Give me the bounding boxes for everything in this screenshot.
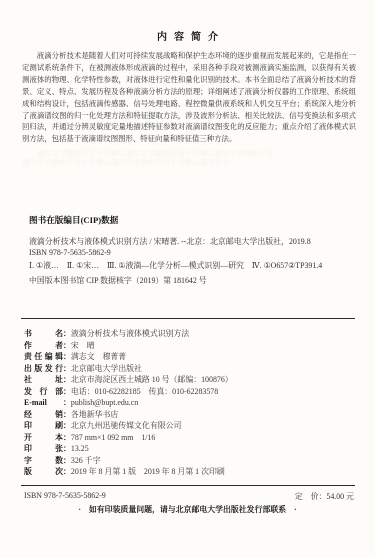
content-summary-title: 内容简介 xyxy=(0,28,375,43)
row-value: 北京市海淀区西土城路 10 号（邮编：100876） xyxy=(71,375,233,384)
colophon-row: 发行部：电话：010-62282185 传真：010-62283578 xyxy=(24,386,354,398)
colophon-row: 社址：北京市海淀区西土城路 10 号（邮编：100876） xyxy=(24,374,354,386)
cip-isbn: ISBN 978-7-5635-5862-9 xyxy=(29,248,355,257)
row-value: 2019 年 8 月第 1 版 2019 年 8 月第 1 次印刷 xyxy=(71,467,225,476)
row-label: 责任编辑 xyxy=(24,351,63,363)
row-colon: ： xyxy=(63,444,71,453)
colophon-row: 印刷：北京九州迅驰传媒文化有限公司 xyxy=(24,420,354,432)
footer-isbn-price: ISBN 978-7-5635-5862-9 定 价：54.00 元 xyxy=(24,491,354,502)
row-colon: ： xyxy=(63,387,71,396)
cip-record-line: 液滴分析技术与液体模式识别方法 / 宋晴著. --北京：北京邮电大学出版社，20… xyxy=(29,236,355,247)
footer-isbn: ISBN 978-7-5635-5862-9 xyxy=(24,491,106,502)
row-value: 电话：010-62282185 传真：010-62283578 xyxy=(71,387,218,396)
row-colon: ： xyxy=(63,341,71,350)
content-summary-paragraph: 液滴分析技术是随着人们对可持续发展战略和保护生态环境的逐步重视而发展起来的，它是… xyxy=(22,50,356,145)
row-label: 社址 xyxy=(24,374,63,386)
row-value: 液滴分析技术与液体模式识别方法 xyxy=(71,329,189,338)
row-label: 经销 xyxy=(24,409,63,421)
colophon-row: 版次：2019 年 8 月第 1 版 2019 年 8 月第 1 次印刷 xyxy=(24,466,354,478)
divider-rule-bottom xyxy=(21,485,355,486)
row-value: 北京邮电大学出版社 xyxy=(71,364,142,373)
row-colon: ： xyxy=(63,364,71,373)
footer-price: 定 价：54.00 元 xyxy=(295,491,354,502)
row-colon: ： xyxy=(63,352,71,361)
row-colon: ： xyxy=(63,398,71,407)
colophon-row: 印张：13.25 xyxy=(24,443,354,455)
row-label: 版次 xyxy=(24,466,63,478)
showthrough-line: 透印文字隐约可见不可辨认透印文字隐约可见不可辨认透印文字 xyxy=(22,157,356,168)
row-label: 作者 xyxy=(24,340,63,352)
row-label: 书名 xyxy=(24,328,63,340)
colophon-row: 责任编辑：满志文 穆菁菁 xyxy=(24,351,354,363)
row-value: 满志文 穆菁菁 xyxy=(71,352,126,361)
cip-classification: Ⅰ. ①液… Ⅱ. ①宋… Ⅲ. ①液滴—化学分析—模式识别—研究 Ⅳ. ①O6… xyxy=(29,260,355,271)
colophon-row: E-mail：publish@bupt.edu.cn xyxy=(24,397,354,409)
row-label: 印刷 xyxy=(24,420,63,432)
row-colon: ： xyxy=(63,433,71,442)
row-value: 787 mm×1 092 mm 1/16 xyxy=(71,433,155,442)
row-value: 13.25 xyxy=(71,444,89,453)
row-colon: ： xyxy=(63,421,71,430)
divider-rule-top xyxy=(21,318,355,319)
row-colon: ： xyxy=(63,467,71,476)
row-colon: ： xyxy=(63,375,71,384)
row-label: E-mail xyxy=(24,397,63,409)
row-colon: ： xyxy=(63,329,71,338)
row-colon: ： xyxy=(63,410,71,419)
row-colon: ： xyxy=(63,456,71,465)
row-label: 开本 xyxy=(24,432,63,444)
row-label: 发行部 xyxy=(24,386,63,398)
quality-notice: · 如有印装质量问题，请与北京邮电大学出版社发行部联系 · xyxy=(0,504,375,515)
colophon-row: 作者：宋 晴 xyxy=(24,340,354,352)
row-value: 北京九州迅驰传媒文化有限公司 xyxy=(71,421,181,430)
colophon-row: 经销：各地新华书店 xyxy=(24,409,354,421)
row-label: 出版发行 xyxy=(24,363,63,375)
row-value: 宋 晴 xyxy=(71,341,95,350)
colophon-row: 开本：787 mm×1 092 mm 1/16 xyxy=(24,432,354,444)
cip-catalog-number: 中国版本图书馆 CIP 数据核字（2019）第 181642 号 xyxy=(29,275,355,286)
colophon-row: 字数：326 千字 xyxy=(24,455,354,467)
cip-heading: 图书在版编目(CIP)数据 xyxy=(29,214,118,226)
row-label: 印张 xyxy=(24,443,63,455)
copyright-page: 内容简介 液滴分析技术是随着人们对可持续发展战略和保护生态环境的逐步重视而发展起… xyxy=(0,0,375,558)
row-value: publish@bupt.edu.cn xyxy=(71,398,138,407)
colophon-row: 出版发行：北京邮电大学出版社 xyxy=(24,363,354,375)
row-value: 各地新华书店 xyxy=(71,410,118,419)
colophon-row: 书名：液滴分析技术与液体模式识别方法 xyxy=(24,328,354,340)
colophon: 书名：液滴分析技术与液体模式识别方法 作者：宋 晴 责任编辑：满志文 穆菁菁 出… xyxy=(24,328,354,478)
row-label: 字数 xyxy=(24,455,63,467)
row-value: 326 千字 xyxy=(71,456,101,465)
